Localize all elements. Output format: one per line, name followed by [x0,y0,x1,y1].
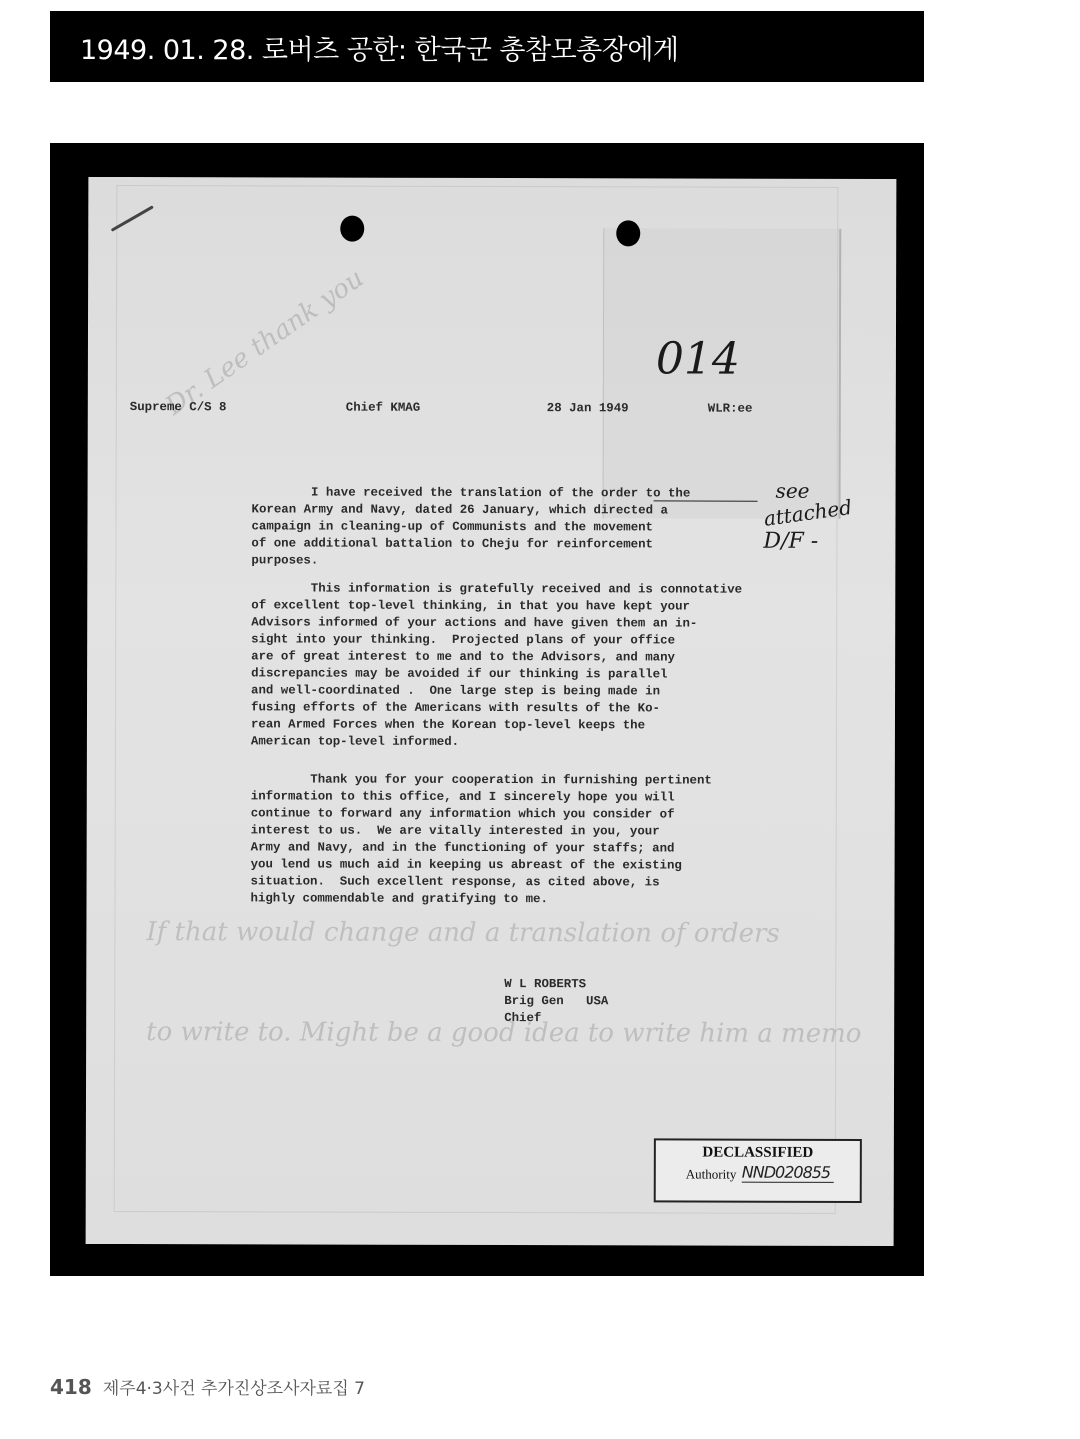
punch-hole-icon [616,220,640,246]
routing-from: Chief KMAG [346,400,420,417]
signature-name: W L ROBERTS [504,976,586,993]
letter-line: I have received the translation of the o… [252,484,691,502]
margin-note-line: D/F - [763,529,818,554]
handwritten-number: 014 [656,333,740,384]
page-title: 1949. 01. 28. 로버츠 공한: 한국군 총참모총장에게 [80,28,679,67]
letter-line: sight into your thinking. Projected plan… [251,631,675,649]
letter-line: highly commendable and gratifying to me. [250,890,547,908]
page-footer: 418 제주4·3사건 추가진상조사자료집 7 [50,1374,365,1399]
letter-line: fusing efforts of the Americans with res… [251,699,660,717]
letter-line: you lend us much aid in keeping us abrea… [251,856,682,874]
letter-line: Thank you for your cooperation in furnis… [251,771,712,789]
routing-to: Supreme C/S 8 [130,399,227,416]
pin-mark-icon [111,205,154,231]
letter-line: This information is gratefully received … [251,580,742,598]
letter-line: interest to us. We are vitally intereste… [251,822,660,840]
declassified-stamp: DECLASSIFIED Authority NND020855 [654,1138,862,1203]
signature-title: Chief [504,1010,541,1027]
letter-line: American top-level informed. [251,733,459,751]
letter-line: and well-coordinated . One large step is… [251,682,660,700]
letter-line: rean Armed Forces when the Korean top-le… [251,716,645,734]
signature-rank: Brig Gen USA [504,993,608,1010]
routing-date: 28 Jan 1949 [547,400,629,417]
letter-line: of one additional battalion to Cheju for… [251,535,653,553]
page-number: 418 [50,1375,92,1399]
letter-line: information to this office, and I sincer… [251,788,675,806]
title-bar: 1949. 01. 28. 로버츠 공한: 한국군 총참모총장에게 [50,11,924,82]
letter-body: I have received the translation of the o… [88,177,896,179]
letter-line: situation. Such excellent response, as c… [251,873,660,891]
letter-line: Army and Navy, and in the functioning of… [251,839,675,857]
letter-line: Korean Army and Navy, dated 26 January, … [252,501,668,519]
stamp-authority-label: Authority [686,1167,737,1183]
letter-line: continue to forward any information whic… [251,805,675,823]
faint-handwriting: If that would change and a translation o… [146,917,779,949]
letter-line: are of great interest to me and to the A… [251,648,675,666]
faint-handwriting: Dr. Lee thank you [160,263,369,421]
punch-hole-icon [340,216,364,242]
letter-line: campaign in cleaning-up of Communists an… [251,518,653,536]
routing-reference: WLR:ee [708,401,753,418]
paper-sheet: Dr. Lee thank you If that would change a… [86,177,897,1246]
letter-line: of excellent top-level thinking, in that… [251,597,690,615]
document-scan: Dr. Lee thank you If that would change a… [50,143,924,1276]
stamp-title: DECLASSIFIED [656,1144,860,1162]
letter-line: discrepancies may be avoided if our thin… [251,665,667,683]
stamp-authority-value: NND020855 [742,1163,834,1183]
letter-line: purposes. [251,552,318,569]
letter-line: Advisors informed of your actions and ha… [251,614,697,632]
book-title: 제주4·3사건 추가진상조사자료집 7 [103,1379,365,1399]
margin-note-line: see [776,479,810,503]
